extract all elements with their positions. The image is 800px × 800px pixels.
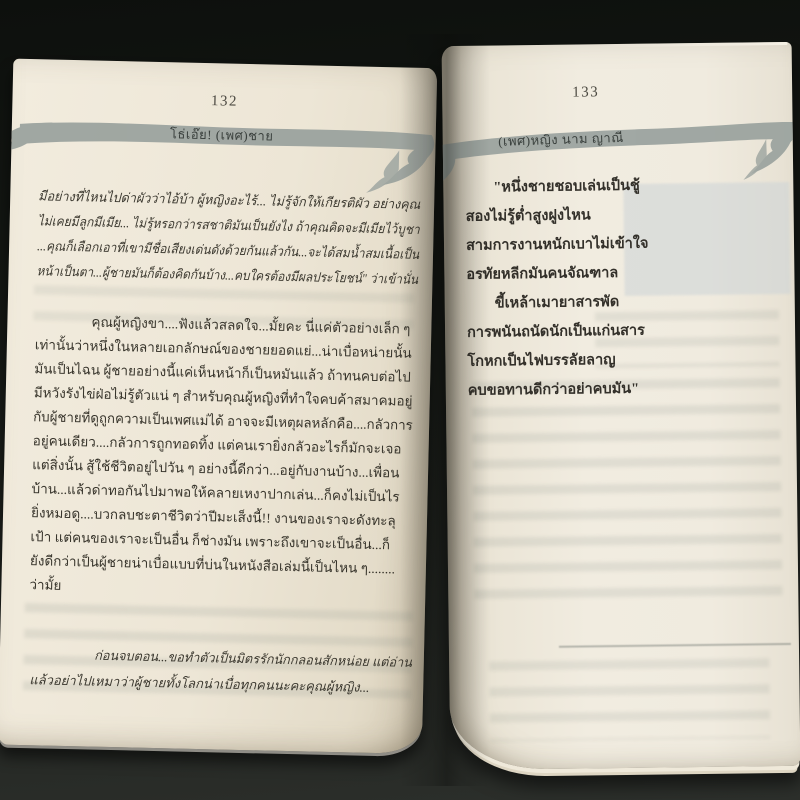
poem-line: ขี้เหล้าเมายาสารพัด [495, 286, 781, 318]
poem-line: คบขอทานดีกว่าอย่าคบมัน" [468, 373, 782, 406]
poem-line: สามการงานหนักเบาไม่เข้าใจ [466, 228, 780, 261]
poem-line: การพนันถนัดนักเป็นแก่นสาร [467, 315, 781, 348]
poem-line: โกหกเป็นไฟบรรลัยลาญ [467, 344, 781, 377]
page-number-right: 133 [442, 83, 729, 104]
chapter-header-banner-right: (เพศ)หญิง นาม ญาณี [442, 112, 799, 210]
book-page-right: 133 (เพศ)หญิง นาม ญาณี "หนึ่งชายชอบเล่นเ… [442, 42, 800, 770]
showthrough-text-ghost [472, 378, 783, 608]
body-paragraph: คุณผู้หญิงขา....ฟังแล้วสลดใจ...มั้ยคะ นี… [29, 309, 415, 606]
showthrough-rule-ghost [559, 643, 791, 648]
open-book-photo: 132 โธ่เอ๊ย! (เพศ)ชาย มีอย่างที่ไหนไปด่า… [0, 0, 800, 800]
book-page-left: 132 โธ่เอ๊ย! (เพศ)ชาย มีอย่างที่ไหนไปด่า… [0, 59, 437, 754]
closing-paragraph: ก่อนจบตอน...ขอทำตัวเป็นมิตรรักนักกลอนสัก… [29, 641, 412, 702]
chapter-header-banner-left: โธ่เอ๊ย! (เพศ)ชาย [4, 111, 437, 207]
page-edge-highlight [595, 42, 788, 47]
showthrough-text-ghost [489, 658, 770, 741]
poem-line: อรทัยหลีกมันคนจัณฑาล [466, 257, 780, 290]
